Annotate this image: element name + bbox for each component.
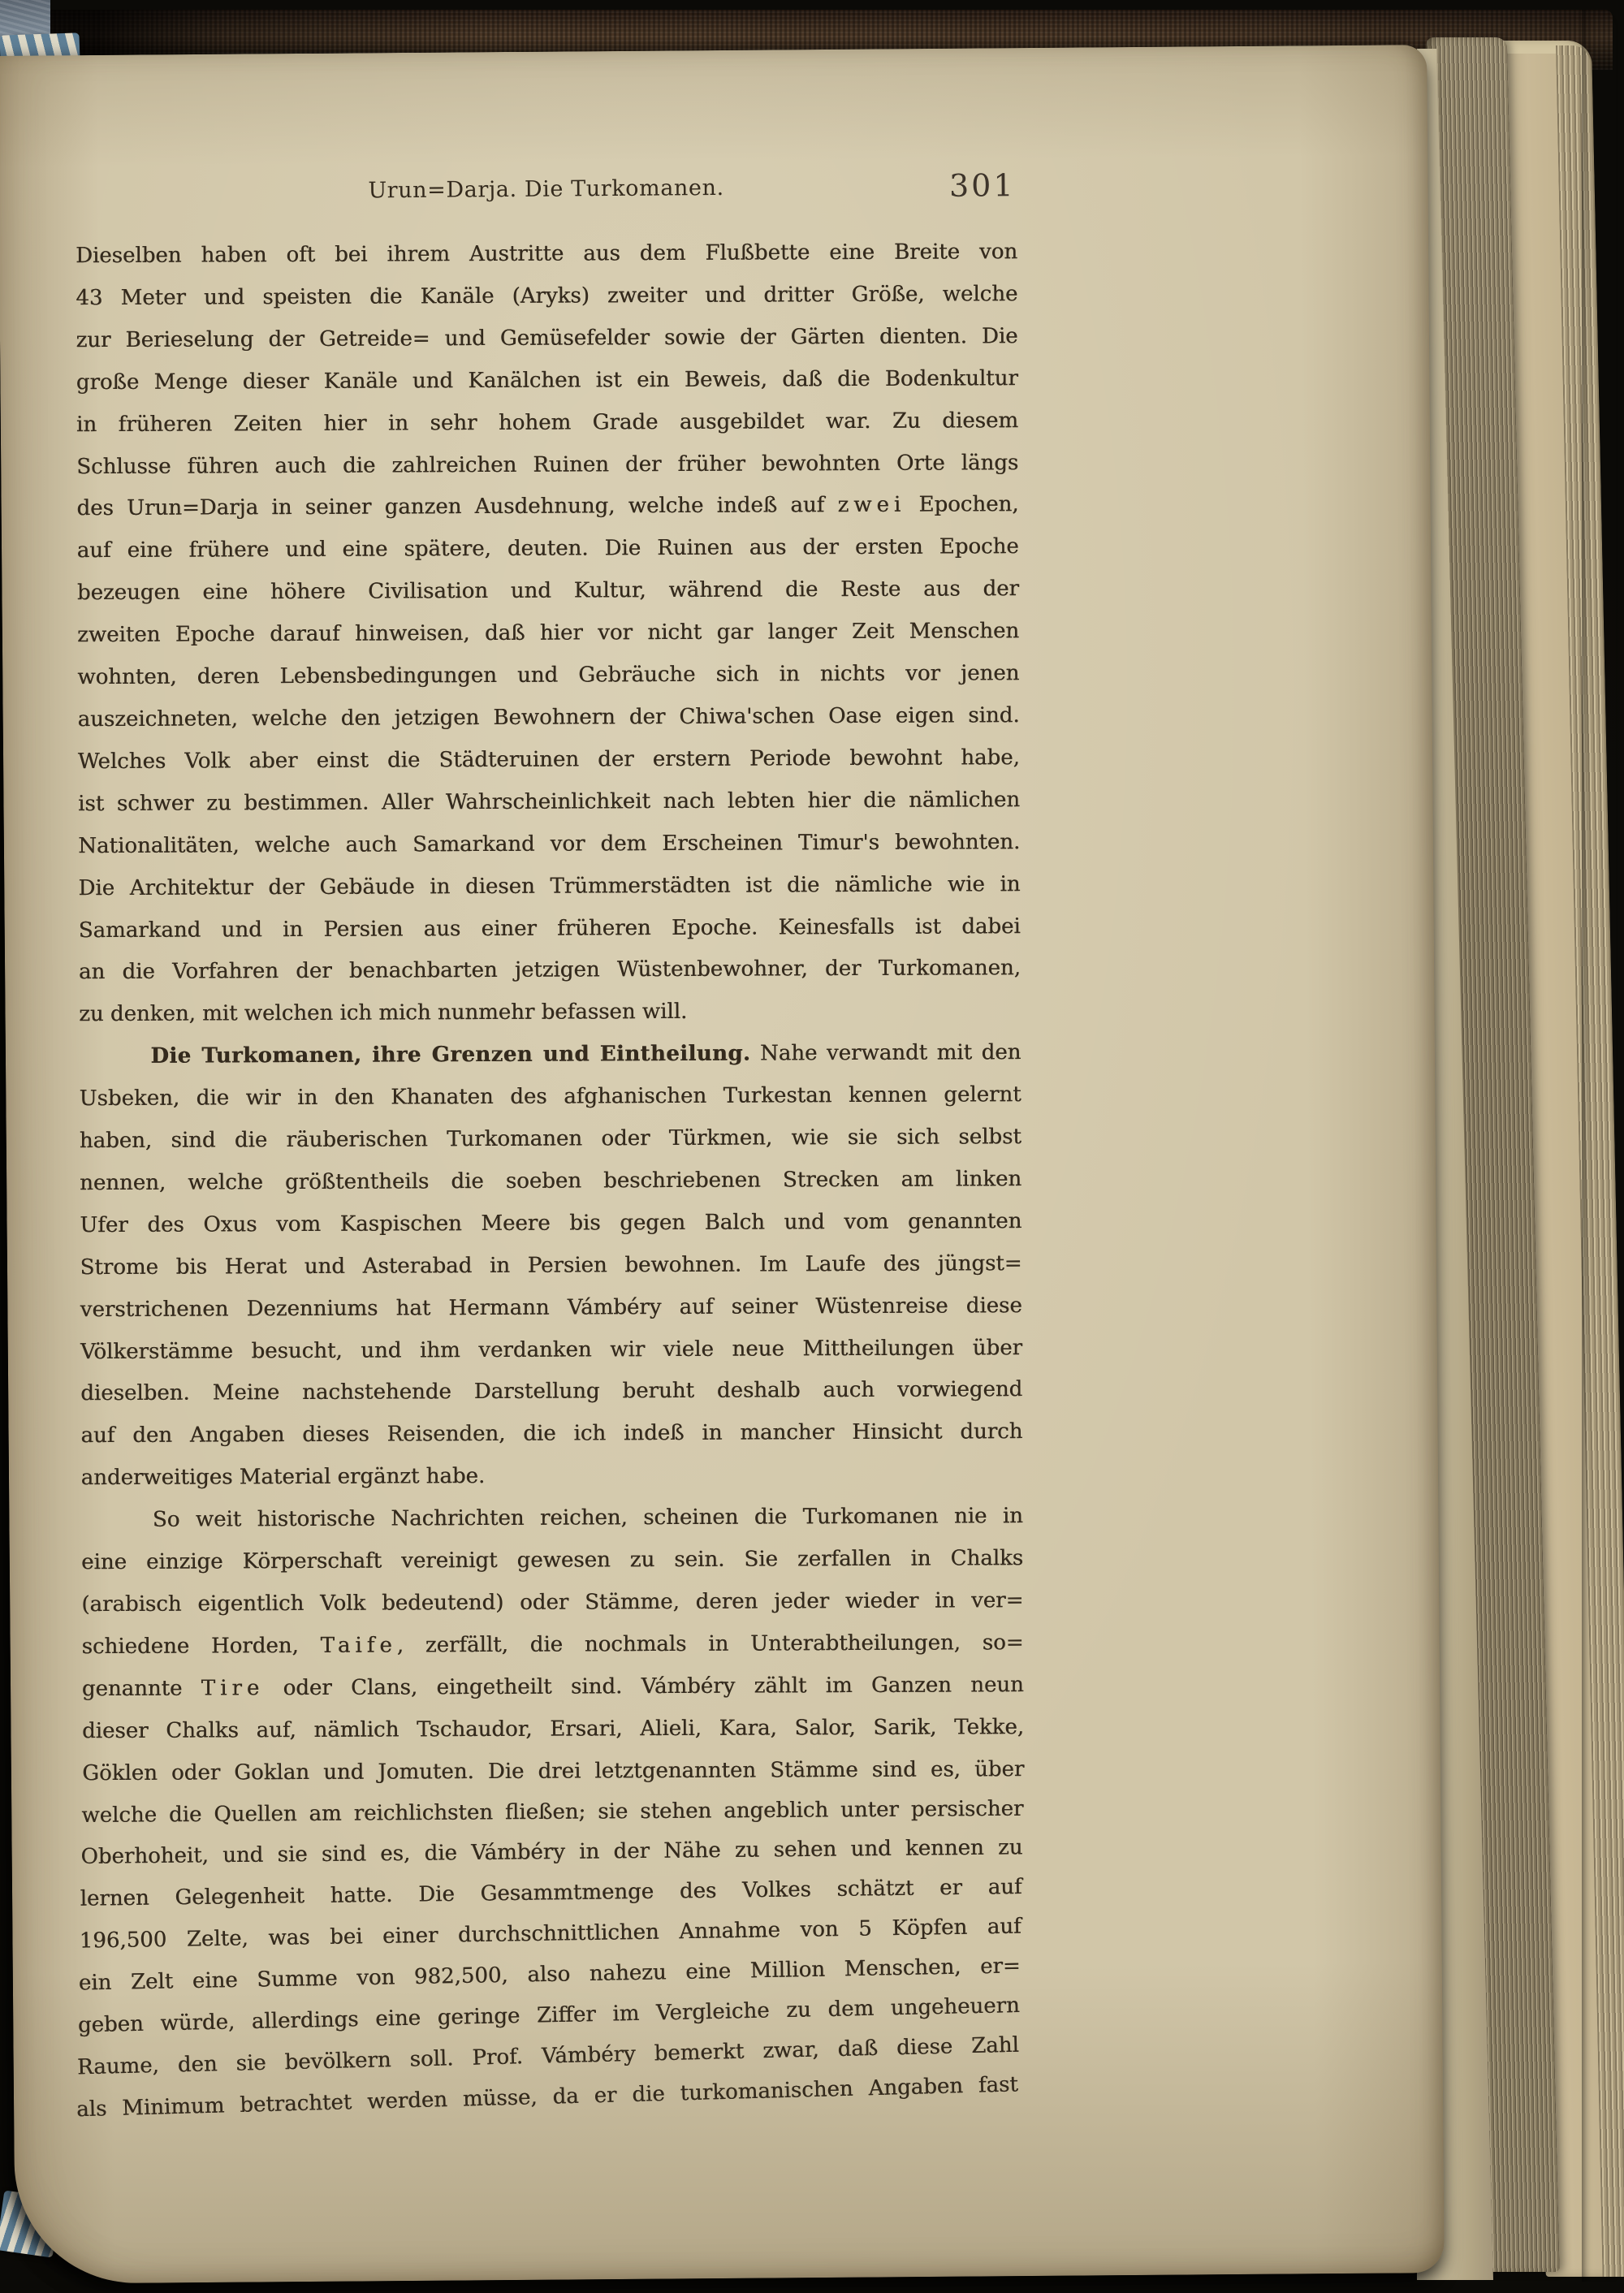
- text-line: verstrichenen Dezenniums hat Hermann Vám…: [80, 1285, 1022, 1332]
- blue-fabric-corner: [0, 0, 50, 39]
- text-line: auf eine frühere und eine spätere, deute…: [77, 526, 1019, 572]
- running-header-title: Urun=Darja. Die Turkomanen.: [75, 166, 1017, 213]
- text-line: auszeichneten, welche den jetzigen Bewoh…: [77, 695, 1019, 741]
- book-page: Urun=Darja. Die Turkomanen. 301 Dieselbe…: [0, 45, 1445, 2284]
- text-line: große Menge dieser Kanäle und Kanälchen …: [76, 358, 1018, 404]
- text-line: Dieselben haben oft bei ihrem Austritte …: [76, 231, 1017, 278]
- text-line: anderweitiges Material ergänzt habe.: [81, 1453, 1023, 1500]
- text-line: So weit historische Nachrichten reichen,…: [81, 1496, 1023, 1542]
- page-number: 301: [949, 166, 1016, 205]
- text-line: des Urun=Darja in seiner ganzen Ausdehnu…: [76, 485, 1018, 531]
- text-line: ist schwer zu bestimmen. Aller Wahrschei…: [78, 779, 1020, 826]
- text-line: Welches Volk aber einst die Städteruinen…: [78, 737, 1020, 784]
- text-line: bezeugen eine höhere Civilisation und Ku…: [77, 568, 1019, 615]
- text-line: wohnten, deren Lebensbedingungen und Geb…: [77, 653, 1019, 699]
- text-line: zweiten Epoche darauf hinweisen, daß hie…: [77, 611, 1019, 657]
- text-line: Göklen oder Goklan und Jomuten. Die drei…: [82, 1749, 1024, 1795]
- text-line: genannte Tire oder Clans, eingetheilt si…: [82, 1665, 1024, 1711]
- text-line: Usbeken, die wir in den Khanaten des afg…: [80, 1074, 1021, 1121]
- book-photo: Urun=Darja. Die Turkomanen. 301 Dieselbe…: [0, 0, 1624, 2293]
- text-line: Die Turkomanen, ihre Grenzen und Einthei…: [79, 1032, 1021, 1078]
- text-line: Die Architektur der Gebäude in diesen Tr…: [78, 864, 1020, 910]
- text-line: Völkerstämme besucht, und ihm verdanken …: [80, 1328, 1022, 1374]
- running-header: Urun=Darja. Die Turkomanen. 301: [75, 166, 1017, 213]
- text-line: Strome bis Herat und Asterabad in Persie…: [80, 1243, 1021, 1289]
- text-line: (arabisch eigentlich Volk bedeutend) ode…: [81, 1580, 1023, 1626]
- text-line: an die Vorfahren der benachbarten jetzig…: [79, 948, 1021, 995]
- text-line: schiedene Horden, Taife, zerfällt, die n…: [81, 1622, 1023, 1669]
- book-cover-right-edge: [1582, 10, 1618, 2282]
- text-line: zur Berieselung der Getreide= und Gemüse…: [76, 316, 1017, 362]
- text-line: dieselben. Meine nachstehende Darstellun…: [80, 1370, 1022, 1416]
- text-line: haben, sind die räuberischen Turkomanen …: [80, 1116, 1021, 1163]
- text-line: eine einzige Körperschaft vereinigt gewe…: [81, 1538, 1023, 1584]
- text-line: auf den Angaben dieses Reisenden, die ic…: [80, 1411, 1022, 1457]
- text-line: Ufer des Oxus vom Kaspischen Meere bis g…: [80, 1201, 1021, 1247]
- text-line: dieser Chalks auf, nämlich Tschaudor, Er…: [82, 1707, 1024, 1753]
- text-line: Nationalitäten, welche auch Samarkand vo…: [78, 822, 1020, 868]
- section-heading: Die Turkomanen, ihre Grenzen und Einthei…: [150, 1042, 750, 1069]
- text-line: nennen, welche größtentheils die soeben …: [80, 1159, 1021, 1205]
- text-line: zu denken, mit welchen ich mich nunmehr …: [79, 990, 1021, 1036]
- text-line: in früheren Zeiten hier in sehr hohem Gr…: [76, 400, 1018, 447]
- text-line: Samarkand und in Persien aus einer frühe…: [79, 906, 1021, 952]
- text-line: 43 Meter und speisten die Kanäle (Aryks)…: [76, 274, 1017, 320]
- page-text: Dieselben haben oft bei ihrem Austritte …: [76, 231, 1026, 2132]
- text-line: Schlusse führen auch die zahlreichen Rui…: [76, 443, 1018, 489]
